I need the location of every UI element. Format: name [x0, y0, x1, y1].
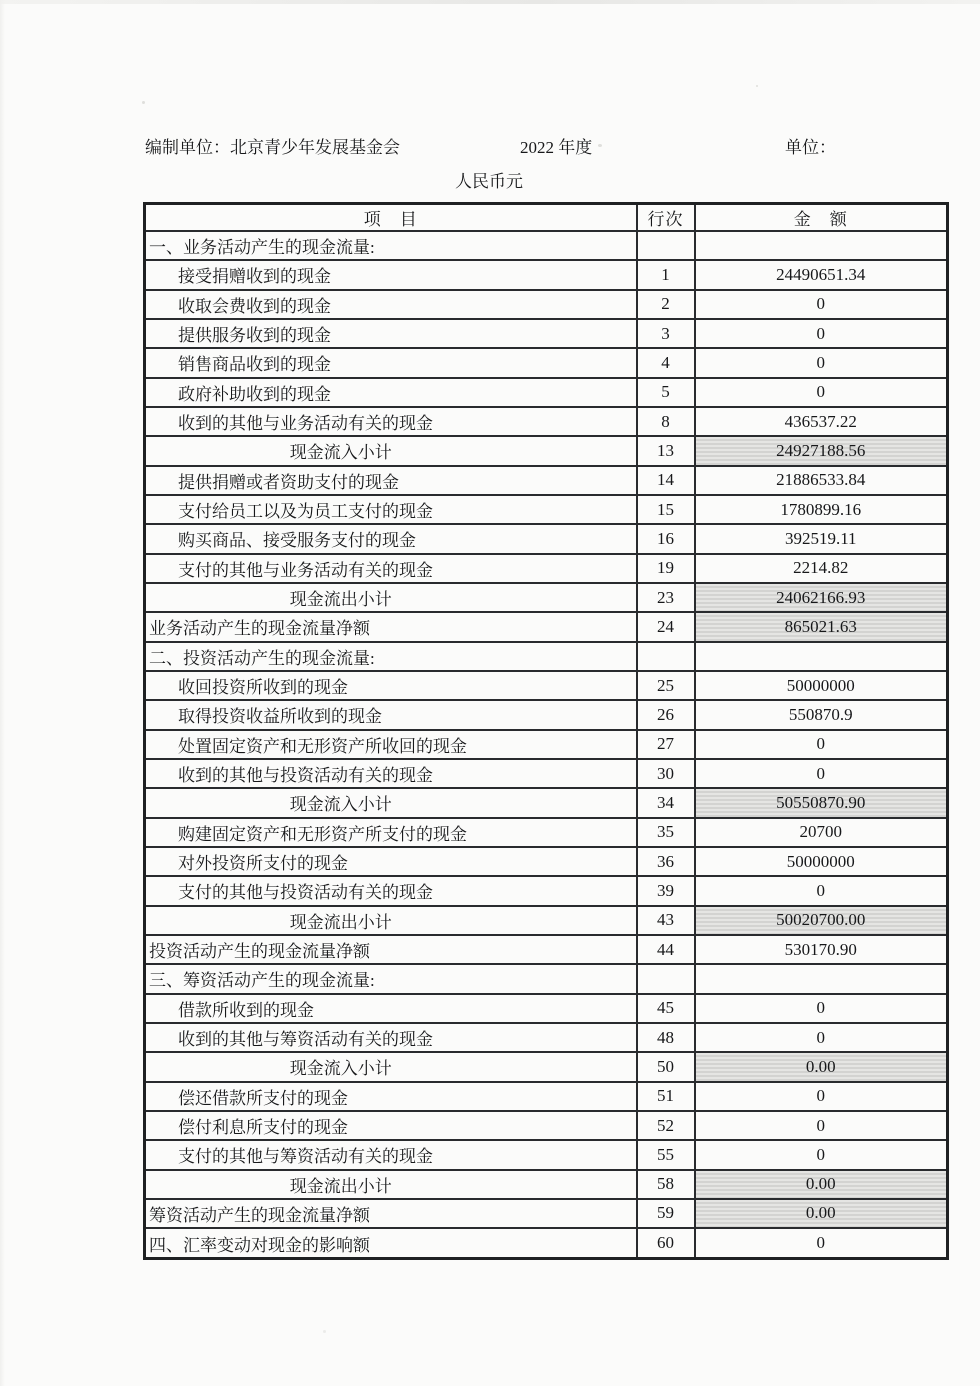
amount-cell: 865021.63	[695, 612, 948, 641]
amount-cell: 0	[695, 290, 948, 319]
item-cell: 收到的其他与筹资活动有关的现金	[145, 1023, 637, 1052]
item-cell: 现金流出小计	[145, 906, 637, 935]
line-number-cell: 5	[637, 378, 695, 407]
document-header: 编制单位：北京青少年发展基金会 2022 年度 单位：	[0, 133, 980, 155]
line-number-cell: 43	[637, 906, 695, 935]
cashflow-table-head: 项 目 行次 金 额	[145, 204, 948, 232]
table-row: 对外投资所支付的现金3650000000	[145, 847, 948, 876]
line-number-cell: 25	[637, 671, 695, 700]
table-row: 销售商品收到的现金40	[145, 348, 948, 377]
table-row: 提供捐赠或者资助支付的现金1421886533.84	[145, 466, 948, 495]
amount-cell: 0	[695, 759, 948, 788]
table-row: 处置固定资产和无形资产所收回的现金270	[145, 730, 948, 759]
line-number-cell: 8	[637, 407, 695, 436]
amount-cell: 24490651.34	[695, 260, 948, 289]
line-number-cell: 44	[637, 935, 695, 964]
item-cell: 四、汇率变动对现金的影响额	[145, 1228, 637, 1258]
line-number-cell: 26	[637, 700, 695, 729]
amount-cell: 0.00	[695, 1199, 948, 1228]
item-cell: 二、投资活动产生的现金流量:	[145, 642, 637, 671]
table-row: 现金流出小计4350020700.00	[145, 906, 948, 935]
table-row: 购建固定资产和无形资产所支付的现金3520700	[145, 818, 948, 847]
amount-cell: 0	[695, 1228, 948, 1258]
item-cell: 现金流入小计	[145, 1052, 637, 1081]
line-number-cell: 39	[637, 876, 695, 905]
line-number-cell: 13	[637, 436, 695, 465]
item-cell: 收回投资所收到的现金	[145, 671, 637, 700]
item-cell: 现金流入小计	[145, 788, 637, 817]
amount-cell	[695, 231, 948, 260]
item-cell: 支付的其他与筹资活动有关的现金	[145, 1140, 637, 1169]
item-cell: 购买商品、接受服务支付的现金	[145, 524, 637, 553]
scan-edge-artifact	[0, 0, 980, 4]
amount-cell: 1780899.16	[695, 495, 948, 524]
scan-speck	[756, 85, 758, 87]
line-number-cell: 19	[637, 554, 695, 583]
line-number-cell: 34	[637, 788, 695, 817]
item-cell: 政府补助收到的现金	[145, 378, 637, 407]
line-number-cell: 16	[637, 524, 695, 553]
table-row: 现金流入小计3450550870.90	[145, 788, 948, 817]
line-number-cell: 52	[637, 1111, 695, 1140]
line-number-cell: 51	[637, 1082, 695, 1111]
table-row: 收到的其他与业务活动有关的现金8436537.22	[145, 407, 948, 436]
item-cell: 现金流出小计	[145, 583, 637, 612]
table-row: 收到的其他与筹资活动有关的现金480	[145, 1023, 948, 1052]
line-number-cell: 59	[637, 1199, 695, 1228]
table-row: 现金流入小计1324927188.56	[145, 436, 948, 465]
amount-cell: 436537.22	[695, 407, 948, 436]
item-cell: 借款所收到的现金	[145, 994, 637, 1023]
amount-cell: 0	[695, 876, 948, 905]
amount-cell: 0	[695, 730, 948, 759]
table-row: 取得投资收益所收到的现金26550870.9	[145, 700, 948, 729]
amount-cell: 0	[695, 348, 948, 377]
item-cell: 取得投资收益所收到的现金	[145, 700, 637, 729]
item-cell: 支付的其他与业务活动有关的现金	[145, 554, 637, 583]
table-row: 支付的其他与投资活动有关的现金390	[145, 876, 948, 905]
line-number-cell: 55	[637, 1140, 695, 1169]
col-header-line: 行次	[637, 204, 695, 232]
col-header-item: 项 目	[145, 204, 637, 232]
table-row: 二、投资活动产生的现金流量:	[145, 642, 948, 671]
col-header-amount: 金 额	[695, 204, 948, 232]
line-number-cell: 27	[637, 730, 695, 759]
line-number-cell: 23	[637, 583, 695, 612]
line-number-cell: 3	[637, 319, 695, 348]
item-cell: 业务活动产生的现金流量净额	[145, 612, 637, 641]
item-cell: 现金流入小计	[145, 436, 637, 465]
table-row: 三、筹资活动产生的现金流量:	[145, 964, 948, 993]
amount-cell: 50000000	[695, 847, 948, 876]
amount-cell: 550870.9	[695, 700, 948, 729]
table-row: 偿还借款所支付的现金510	[145, 1082, 948, 1111]
amount-cell: 0	[695, 378, 948, 407]
item-cell: 筹资活动产生的现金流量净额	[145, 1199, 637, 1228]
cashflow-statement-table: 项 目 行次 金 额 一、业务活动产生的现金流量:接受捐赠收到的现金124490…	[143, 202, 949, 1260]
scan-speck	[323, 1330, 326, 1333]
line-number-cell: 45	[637, 994, 695, 1023]
line-number-cell: 58	[637, 1170, 695, 1199]
table-row: 支付的其他与业务活动有关的现金192214.82	[145, 554, 948, 583]
amount-cell: 0	[695, 1140, 948, 1169]
currency-unit: 人民币元	[455, 167, 523, 192]
line-number-cell: 24	[637, 612, 695, 641]
line-number-cell: 4	[637, 348, 695, 377]
amount-cell: 0	[695, 319, 948, 348]
line-number-cell: 1	[637, 260, 695, 289]
item-cell: 对外投资所支付的现金	[145, 847, 637, 876]
line-number-cell	[637, 642, 695, 671]
prepared-by-label: 编制单位：	[145, 138, 230, 157]
unit-label: 单位：	[785, 133, 836, 158]
prepared-by: 编制单位：北京青少年发展基金会	[145, 133, 400, 158]
item-cell: 支付的其他与投资活动有关的现金	[145, 876, 637, 905]
table-row: 接受捐赠收到的现金124490651.34	[145, 260, 948, 289]
item-cell: 偿还借款所支付的现金	[145, 1082, 637, 1111]
table-row: 收到的其他与投资活动有关的现金300	[145, 759, 948, 788]
line-number-cell: 48	[637, 1023, 695, 1052]
item-cell: 收到的其他与投资活动有关的现金	[145, 759, 637, 788]
amount-cell: 0.00	[695, 1170, 948, 1199]
line-number-cell: 60	[637, 1228, 695, 1258]
table-header-row: 项 目 行次 金 额	[145, 204, 948, 232]
item-cell: 收取会费收到的现金	[145, 290, 637, 319]
item-cell: 三、筹资活动产生的现金流量:	[145, 964, 637, 993]
table-row: 现金流出小计580.00	[145, 1170, 948, 1199]
item-cell: 销售商品收到的现金	[145, 348, 637, 377]
amount-cell: 50550870.90	[695, 788, 948, 817]
amount-cell	[695, 964, 948, 993]
item-cell: 支付给员工以及为员工支付的现金	[145, 495, 637, 524]
amount-cell: 2214.82	[695, 554, 948, 583]
scan-speck	[142, 101, 145, 104]
amount-cell: 21886533.84	[695, 466, 948, 495]
table-row: 投资活动产生的现金流量净额44530170.90	[145, 935, 948, 964]
amount-cell: 392519.11	[695, 524, 948, 553]
item-cell: 收到的其他与业务活动有关的现金	[145, 407, 637, 436]
table-row: 支付的其他与筹资活动有关的现金550	[145, 1140, 948, 1169]
table-row: 购买商品、接受服务支付的现金16392519.11	[145, 524, 948, 553]
table-row: 筹资活动产生的现金流量净额590.00	[145, 1199, 948, 1228]
table-row: 一、业务活动产生的现金流量:	[145, 231, 948, 260]
amount-cell: 0	[695, 1023, 948, 1052]
item-cell: 接受捐赠收到的现金	[145, 260, 637, 289]
line-number-cell: 15	[637, 495, 695, 524]
line-number-cell	[637, 231, 695, 260]
line-number-cell: 36	[637, 847, 695, 876]
item-cell: 提供服务收到的现金	[145, 319, 637, 348]
table-row: 支付给员工以及为员工支付的现金151780899.16	[145, 495, 948, 524]
table-row: 现金流出小计2324062166.93	[145, 583, 948, 612]
line-number-cell: 14	[637, 466, 695, 495]
amount-cell: 20700	[695, 818, 948, 847]
table-row: 四、汇率变动对现金的影响额600	[145, 1228, 948, 1258]
line-number-cell: 35	[637, 818, 695, 847]
scan-edge-artifact	[0, 0, 5, 1386]
table-row: 政府补助收到的现金50	[145, 378, 948, 407]
item-cell: 购建固定资产和无形资产所支付的现金	[145, 818, 637, 847]
item-cell: 偿付利息所支付的现金	[145, 1111, 637, 1140]
item-cell: 处置固定资产和无形资产所收回的现金	[145, 730, 637, 759]
amount-cell: 24062166.93	[695, 583, 948, 612]
amount-cell: 50020700.00	[695, 906, 948, 935]
amount-cell	[695, 642, 948, 671]
amount-cell: 530170.90	[695, 935, 948, 964]
item-cell: 一、业务活动产生的现金流量:	[145, 231, 637, 260]
table-row: 收回投资所收到的现金2550000000	[145, 671, 948, 700]
amount-cell: 0	[695, 994, 948, 1023]
item-cell: 现金流出小计	[145, 1170, 637, 1199]
org-name: 北京青少年发展基金会	[230, 138, 400, 157]
line-number-cell	[637, 964, 695, 993]
line-number-cell: 2	[637, 290, 695, 319]
amount-cell: 24927188.56	[695, 436, 948, 465]
table-row: 业务活动产生的现金流量净额24865021.63	[145, 612, 948, 641]
line-number-cell: 50	[637, 1052, 695, 1081]
table-row: 收取会费收到的现金20	[145, 290, 948, 319]
table-row: 提供服务收到的现金30	[145, 319, 948, 348]
fiscal-year: 2022 年度	[520, 133, 592, 158]
table-row: 借款所收到的现金450	[145, 994, 948, 1023]
table-row: 偿付利息所支付的现金520	[145, 1111, 948, 1140]
table-row: 现金流入小计500.00	[145, 1052, 948, 1081]
item-cell: 提供捐赠或者资助支付的现金	[145, 466, 637, 495]
line-number-cell: 30	[637, 759, 695, 788]
amount-cell: 0	[695, 1111, 948, 1140]
cashflow-table-body: 一、业务活动产生的现金流量:接受捐赠收到的现金124490651.34收取会费收…	[145, 231, 948, 1259]
amount-cell: 50000000	[695, 671, 948, 700]
item-cell: 投资活动产生的现金流量净额	[145, 935, 637, 964]
amount-cell: 0	[695, 1082, 948, 1111]
amount-cell: 0.00	[695, 1052, 948, 1081]
